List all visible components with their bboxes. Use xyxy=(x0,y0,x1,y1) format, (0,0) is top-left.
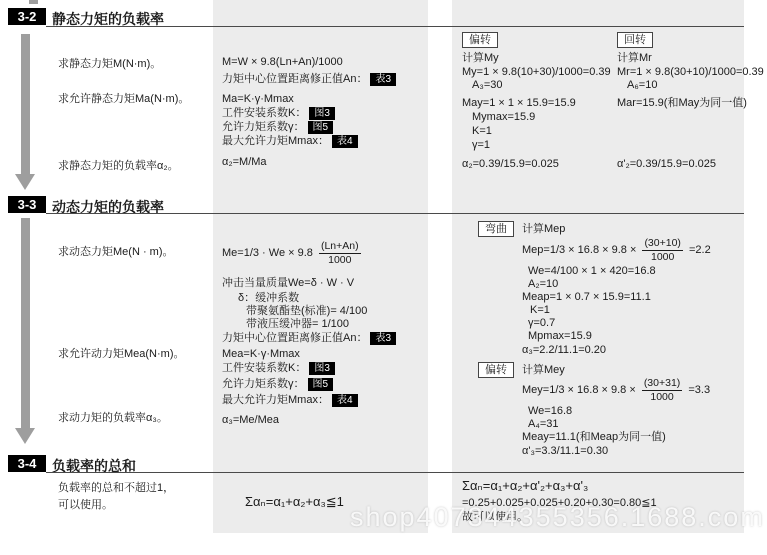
rotation-tag: 回转 xyxy=(617,32,653,48)
label: 工件安装系数K： xyxy=(222,362,306,374)
formula-line: M=W × 9.8(Ln+An)/1000 xyxy=(222,56,343,69)
calc-line: A₆=10 xyxy=(627,79,657,92)
formula-line: 冲击当量质量We=δ · W · V xyxy=(222,277,354,290)
fraction: (30+31)1000 xyxy=(642,377,682,403)
step-label: 可以使用。 xyxy=(58,499,113,512)
formula-line: Mea=K·γ·Mmax xyxy=(222,348,300,361)
calc-line: Mymax=15.9 xyxy=(472,111,535,124)
me-formula: Me=1/3 · We × 9.8 (Ln+An)1000 xyxy=(222,240,364,266)
watermark: shop407344355356.1688.com xyxy=(350,502,765,533)
step-label: 求允许动力矩Mea(N·m)。 xyxy=(58,348,185,361)
sum-calc-line: Σαₙ=α₁+α₂+α'₂+α₃+α'₃ xyxy=(462,479,588,492)
calc-line: γ=1 xyxy=(472,139,490,152)
step-label: 求静态力矩的负载率α₂。 xyxy=(58,160,179,173)
formula-suffix: =2.2 xyxy=(689,244,711,256)
catalog-page: 3-2 静态力矩的负载率 求静态力矩M(N·m)。 求允许静态力矩Ma(N·m)… xyxy=(0,0,767,555)
calc-line: A₃=30 xyxy=(472,79,502,92)
calc-line: K=1 xyxy=(472,125,492,138)
fraction: (Ln+An)1000 xyxy=(319,240,361,266)
section-badge-3-3: 3-3 xyxy=(8,196,46,213)
calc-line: We=16.8 xyxy=(528,405,572,418)
numerator: (Ln+An) xyxy=(319,240,361,254)
calc-line: 计算Mey xyxy=(522,364,565,377)
deflection-tag: 偏转 xyxy=(478,362,514,378)
denominator: 1000 xyxy=(328,254,351,267)
label: 工件安装系数K： xyxy=(222,107,306,119)
calc-line: γ=0.7 xyxy=(528,317,555,330)
table4-badge: 表4 xyxy=(332,135,358,148)
denominator: 1000 xyxy=(650,391,673,404)
formula-line: 工件安装系数K：图3 xyxy=(222,107,335,120)
formula-line: 带聚氨酯垫(标准)= 4/100 xyxy=(246,305,367,318)
formula-line: 最大允许力矩Mmax：表4 xyxy=(222,135,358,148)
formula-line: δ：缓冲系数 xyxy=(238,292,299,305)
label: 力矩中心位置距离修正值An： xyxy=(222,332,367,344)
section-rule-3-3 xyxy=(46,213,744,214)
flow-arrow-bar-2 xyxy=(21,218,30,428)
bending-tag: 弯曲 xyxy=(478,221,514,237)
table3-badge: 表3 xyxy=(370,73,396,86)
section-badge-3-2: 3-2 xyxy=(8,8,46,25)
formula-suffix: =3.3 xyxy=(688,384,710,396)
step-label: 求允许静态力矩Ma(N·m)。 xyxy=(58,93,189,106)
calc-line: 计算Mep xyxy=(522,223,565,236)
step-label: 求动态力矩Me(N · m)。 xyxy=(58,246,174,259)
step-label: 求动力矩的负载率α₃。 xyxy=(58,412,168,425)
calc-line: Meay=11.1(和Meap为同一值) xyxy=(522,431,666,444)
fig5-badge: 图5 xyxy=(308,121,334,134)
label: 允许力矩系数γ： xyxy=(222,121,305,133)
formula-prefix: Mey=1/3 × 16.8 × 9.8 × xyxy=(522,384,636,396)
formula-line: 带液压缓冲器= 1/100 xyxy=(246,318,349,331)
calc-line: 计算My xyxy=(462,52,499,65)
formula-line: 工件安装系数K：图3 xyxy=(222,362,335,375)
numerator: (30+10) xyxy=(642,237,682,251)
calc-line: α'₃=3.3/11.1=0.30 xyxy=(522,445,608,458)
formula-line: 允许力矩系数γ：图5 xyxy=(222,378,333,391)
fig3-badge: 图3 xyxy=(309,107,335,120)
section-title-3-3: 动态力矩的负载率 xyxy=(52,197,164,217)
section-badge-3-4: 3-4 xyxy=(8,455,46,472)
formula-line: α₂=M/Ma xyxy=(222,156,267,169)
step-label: 负载率的总和不超过1， xyxy=(58,482,174,495)
section-rule-3-4 xyxy=(46,472,744,473)
denominator: 1000 xyxy=(651,251,674,264)
formula-line: α₃=Me/Mea xyxy=(222,414,279,427)
fig5-badge: 图5 xyxy=(308,378,334,391)
formula-prefix: Me=1/3 · We × 9.8 xyxy=(222,247,313,259)
mep-formula: Mep=1/3 × 16.8 × 9.8 × (30+10)1000 =2.2 xyxy=(522,237,711,263)
label: 力矩中心位置距离修正值An： xyxy=(222,73,367,85)
calc-line: May=1 × 1 × 15.9=15.9 xyxy=(462,97,576,110)
fraction: (30+10)1000 xyxy=(642,237,682,263)
sum-formula: Σαₙ=α₁+α₂+α₃≦1 xyxy=(245,495,344,508)
label: 最大允许力矩Mmax： xyxy=(222,394,329,406)
calc-line: 计算Mr xyxy=(617,52,652,65)
calc-line: My=1 × 9.8(10+30)/1000=0.39 xyxy=(462,66,611,79)
flow-arrow-head-2-icon xyxy=(15,428,35,444)
numerator: (30+31) xyxy=(642,377,682,391)
arrow-stub-icon xyxy=(29,0,38,4)
flow-arrow-head-1-icon xyxy=(15,174,35,190)
table4-badge: 表4 xyxy=(332,394,358,407)
calc-line: α₃=2.2/11.1=0.20 xyxy=(522,344,606,357)
formula-line: 力矩中心位置距离修正值An：表3 xyxy=(222,73,396,86)
formula-line: Ma=K·γ·Mmax xyxy=(222,93,294,106)
calc-line: Mr=1 × 9.8(30+10)/1000=0.39 xyxy=(617,66,764,79)
calc-line: Mpmax=15.9 xyxy=(528,330,592,343)
formula-line: 允许力矩系数γ：图5 xyxy=(222,121,333,134)
fig3-badge: 图3 xyxy=(309,362,335,375)
calc-line: We=4/100 × 1 × 420=16.8 xyxy=(528,265,656,278)
flow-arrow-bar-1 xyxy=(21,34,30,174)
mey-formula: Mey=1/3 × 16.8 × 9.8 × (30+31)1000 =3.3 xyxy=(522,377,710,403)
calc-line: A₂=10 xyxy=(528,278,558,291)
table3-badge: 表3 xyxy=(370,332,396,345)
calc-line: Mar=15.9(和May为同一值) xyxy=(617,97,747,110)
deflection-tag: 偏转 xyxy=(462,32,498,48)
formula-prefix: Mep=1/3 × 16.8 × 9.8 × xyxy=(522,244,636,256)
step-label: 求静态力矩M(N·m)。 xyxy=(58,58,161,71)
label: 最大允许力矩Mmax： xyxy=(222,135,329,147)
section-title-3-4: 负载率的总和 xyxy=(52,456,136,476)
calc-line: K=1 xyxy=(530,304,550,317)
formula-line: 力矩中心位置距离修正值An：表3 xyxy=(222,332,396,345)
label: 允许力矩系数γ： xyxy=(222,378,305,390)
calc-line: α'₂=0.39/15.9=0.025 xyxy=(617,158,716,171)
section-rule-3-2 xyxy=(46,26,744,27)
formula-line: 最大允许力矩Mmax：表4 xyxy=(222,394,358,407)
calc-line: α₂=0.39/15.9=0.025 xyxy=(462,158,559,171)
calc-line: A₄=31 xyxy=(528,418,559,431)
calc-line: Meap=1 × 0.7 × 15.9=11.1 xyxy=(522,291,651,304)
